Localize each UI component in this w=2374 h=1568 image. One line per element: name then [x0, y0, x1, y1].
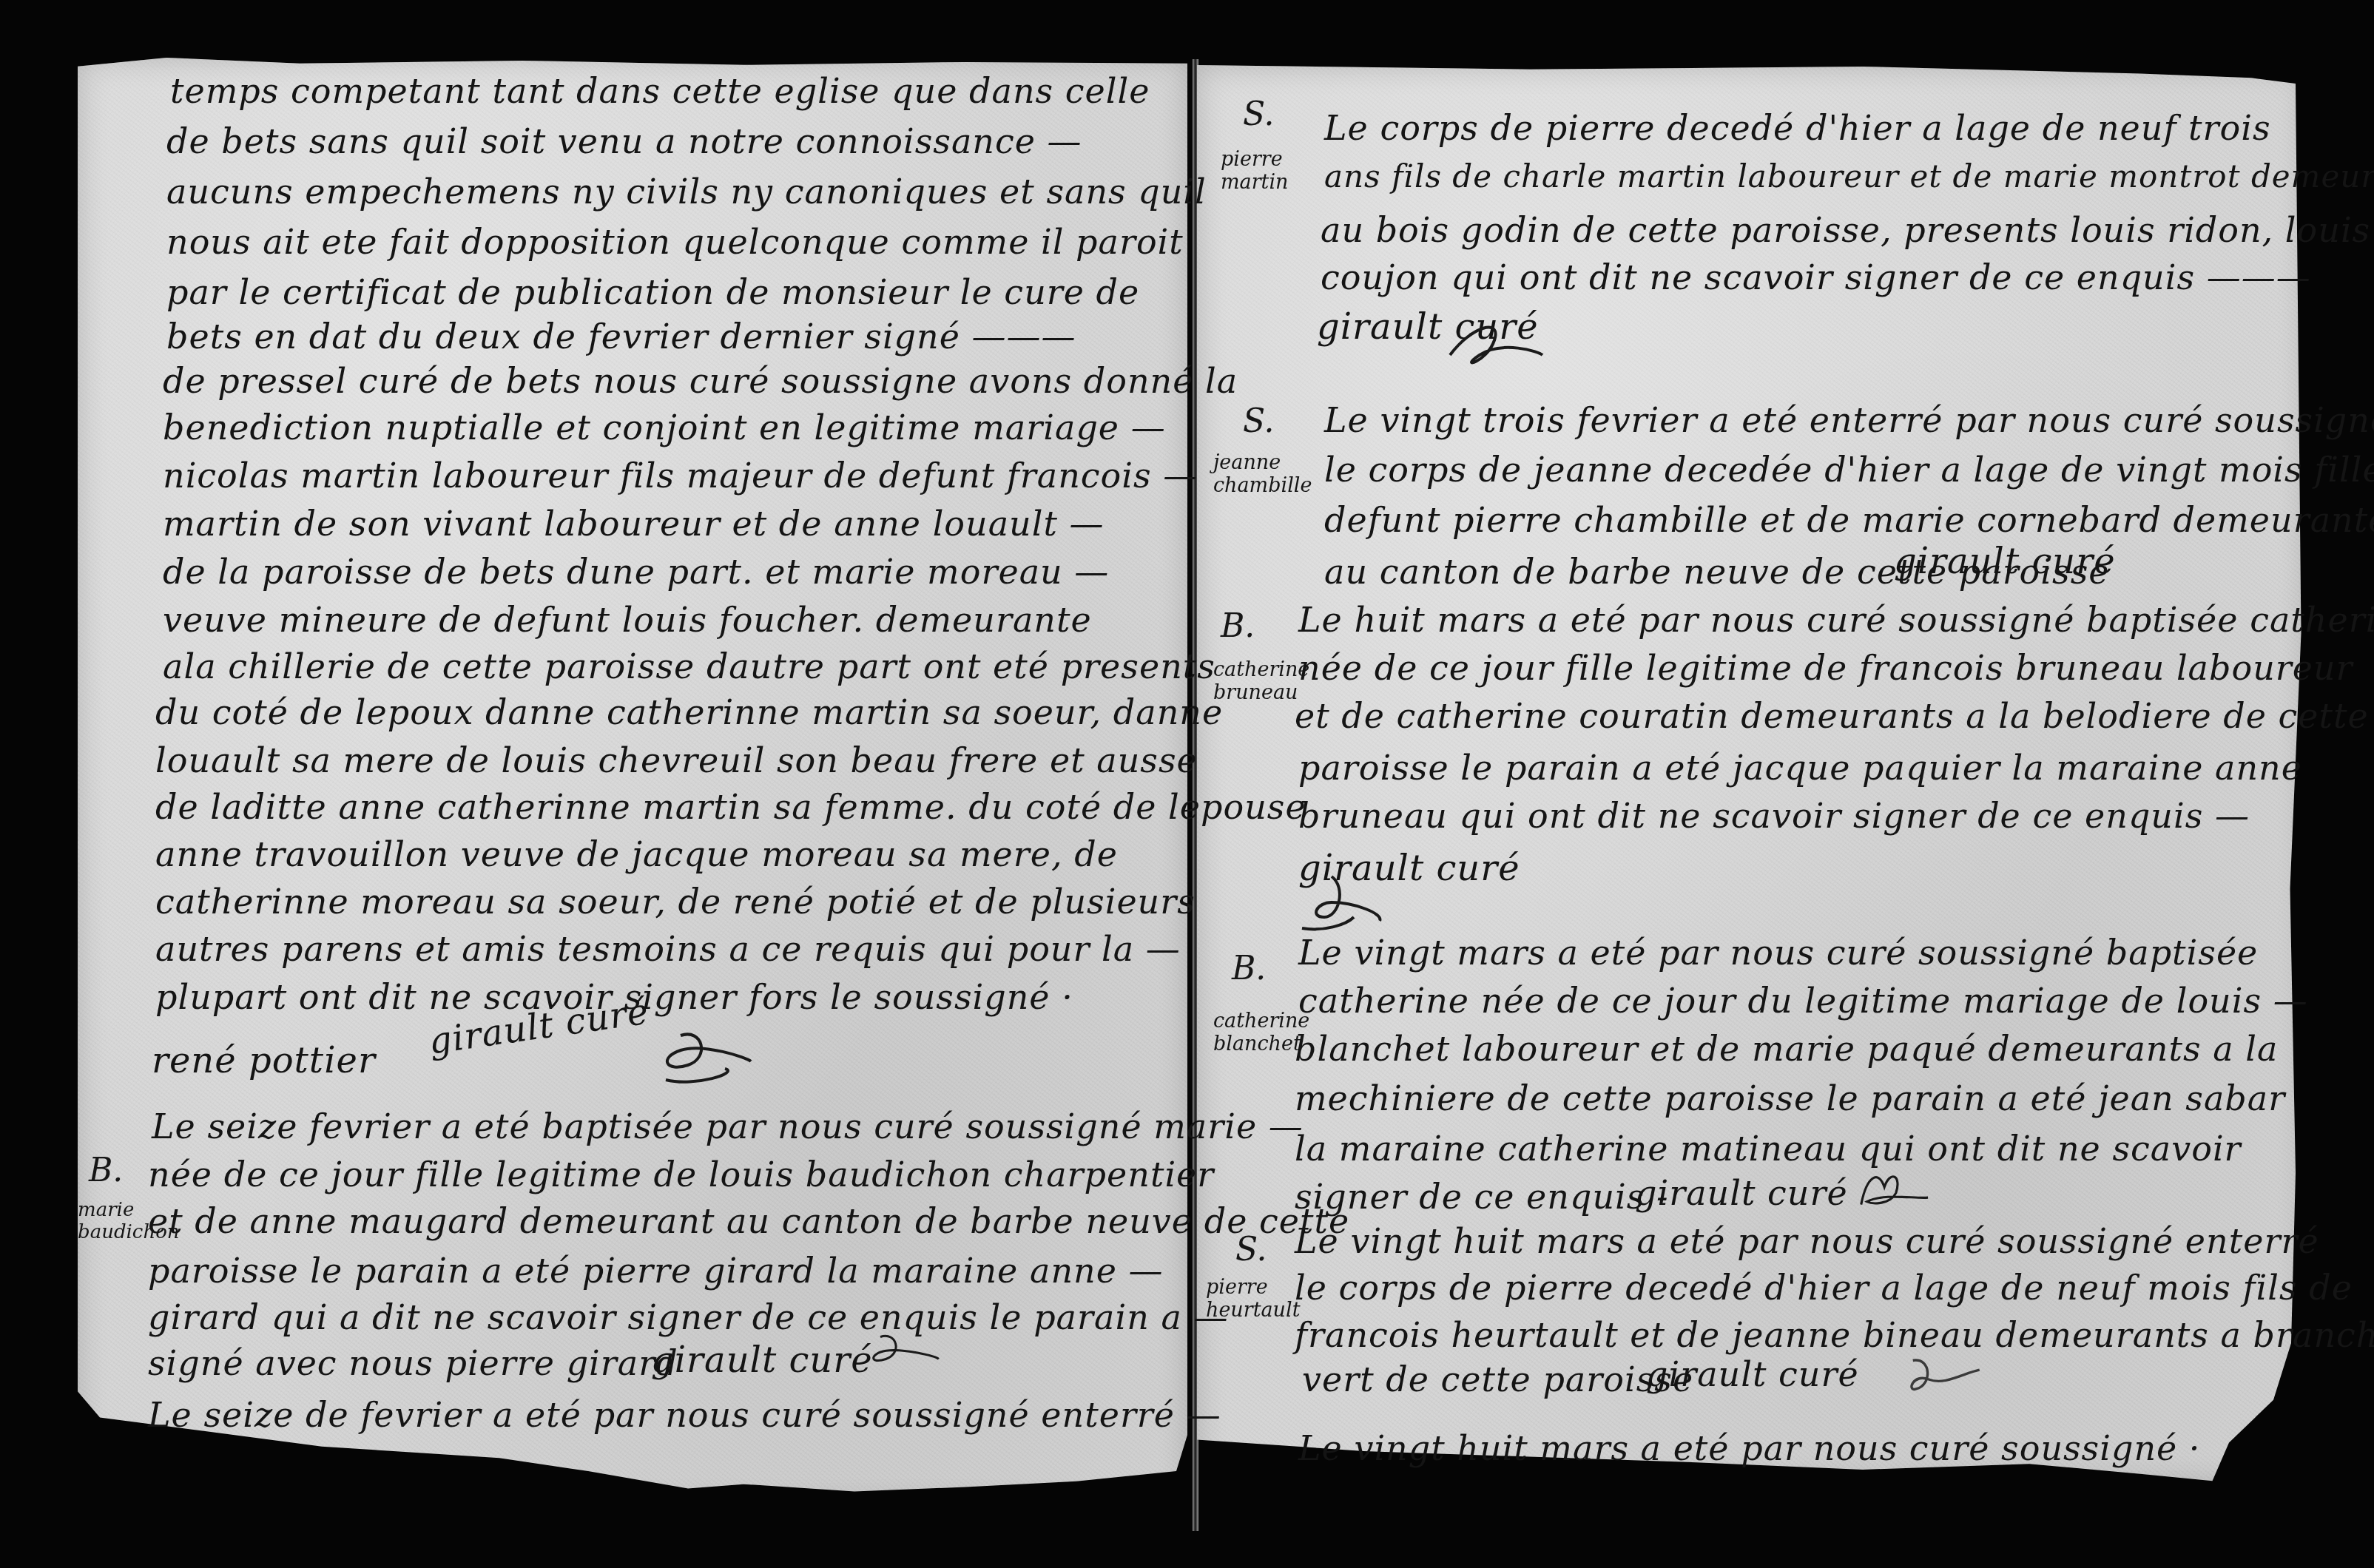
text-line: catherine née de ce jour du legitime mar…: [1298, 984, 2308, 1018]
signature-flourish: [1443, 311, 1546, 370]
baptism-mark: B.: [89, 1152, 123, 1190]
entry-margin-note: S.: [1243, 403, 1275, 445]
text-line: louault sa mere de louis chevreuil son b…: [155, 743, 1198, 777]
text-line: la maraine catherine matineau qui ont di…: [1295, 1132, 2242, 1166]
signature-flourish: [858, 1331, 947, 1376]
burial-mark: S.: [1235, 1231, 1267, 1269]
text-line: et de anne maugard demeurant au canton d…: [148, 1204, 1349, 1238]
text-line: signer de ce enquis -: [1295, 1180, 1669, 1214]
text-line: ans fils de charle martin laboureur et d…: [1324, 161, 2374, 192]
text-line: aucuns empechemens ny civils ny canoniqu…: [166, 175, 1207, 209]
entry-margin-name: pierre heurtault: [1206, 1276, 1301, 1322]
burial-mark: S.: [1243, 403, 1275, 441]
text-line: née de ce jour fille legitime de francoi…: [1298, 651, 2353, 685]
text-line: de la paroisse de bets dune part. et mar…: [163, 555, 1109, 589]
text-line: bruneau qui ont dit ne scavoir signer de…: [1298, 799, 2250, 833]
baptism-mark: B.: [1232, 950, 1266, 988]
text-line: le corps de jeanne decedée d'hier a lage…: [1324, 453, 2374, 487]
margin-surname: martin: [1221, 171, 1288, 194]
text-line: de bets sans quil soit venu a notre conn…: [166, 124, 1082, 158]
entry-margin-note: S.: [1243, 96, 1275, 138]
text-line: coujon qui ont dit ne scavoir signer de …: [1321, 260, 2311, 294]
text-line: de pressel curé de bets nous curé soussi…: [163, 364, 1238, 398]
text-line: née de ce jour fille legitime de louis b…: [148, 1158, 1214, 1192]
text-line: paroisse le parain a eté pierre girard l…: [148, 1254, 1163, 1288]
text-line: signé avec nous pierre girard: [148, 1346, 678, 1380]
text-line: Le vingt huit mars a eté par nous curé s…: [1298, 1431, 2200, 1465]
text-line: anne travouillon veuve de jacque moreau …: [155, 837, 1118, 871]
text-line: defunt pierre chambille et de marie corn…: [1324, 503, 2374, 537]
signature-flourish: [1849, 1161, 1931, 1213]
text-line: autres parens et amis tesmoins a ce requ…: [155, 932, 1181, 966]
priest-signature: girault curé: [1894, 544, 2116, 579]
text-line: bets en dat du deux de fevrier dernier s…: [166, 320, 1076, 354]
text-line: veuve mineure de defunt louis foucher. d…: [163, 603, 1092, 637]
entry-margin-note: B.: [1232, 950, 1266, 993]
text-line: par le certificat de publication de mons…: [166, 275, 1139, 309]
margin-given-name: catherine: [1213, 658, 1309, 681]
witness-signature: rené pottier: [152, 1043, 376, 1078]
margin-given-name: pierre: [1221, 148, 1288, 171]
signature-flourish: [1894, 1354, 1983, 1405]
baptism-mark: B.: [1221, 608, 1255, 646]
text-line: mechiniere de cette paroisse le parain a…: [1295, 1081, 2285, 1115]
text-line: temps competant tant dans cette eglise q…: [170, 74, 1150, 108]
text-line: benediction nuptialle et conjoint en leg…: [163, 410, 1166, 445]
text-line: blanchet laboureur et de marie paqué dem…: [1295, 1032, 2278, 1066]
text-line: au bois godin de cette paroisse, present…: [1321, 213, 2374, 247]
margin-given-name: jeanne: [1213, 451, 1312, 474]
signature-flourish: [651, 1028, 755, 1087]
text-line: Le vingt mars a eté par nous curé soussi…: [1298, 936, 2258, 970]
text-line: Le vingt huit mars a eté par nous curé s…: [1295, 1224, 2319, 1258]
text-line: le corps de pierre decedé d'hier a lage …: [1295, 1271, 2353, 1305]
margin-given-name: pierre: [1206, 1276, 1301, 1299]
entry-margin-note: B.: [89, 1152, 123, 1194]
text-line: girard qui a dit ne scavoir signer de ce…: [148, 1300, 1228, 1334]
priest-signature: girault curé: [651, 1342, 873, 1378]
text-line: francois heurtault et de jeanne bineau d…: [1295, 1318, 2374, 1352]
entry-margin-note: S.: [1235, 1231, 1267, 1274]
text-line: paroisse le parain a eté jacque paquier …: [1298, 751, 2302, 785]
text-line: Le seize fevrier a eté baptisée par nous…: [152, 1109, 1304, 1143]
text-line: ala chillerie de cette paroisse dautre p…: [163, 649, 1215, 683]
margin-surname: chambille: [1213, 474, 1312, 497]
signature-flourish: [1287, 873, 1391, 932]
entry-margin-name: jeanne chambille: [1213, 451, 1312, 497]
text-line: et de catherine couratin demeurants a la…: [1295, 699, 2369, 733]
text-line: catherinne moreau sa soeur, de rené poti…: [155, 885, 1196, 919]
margin-surname: heurtault: [1206, 1299, 1301, 1322]
burial-mark: S.: [1243, 96, 1275, 134]
text-line: Le corps de pierre decedé d'hier a lage …: [1324, 111, 2271, 145]
entry-margin-name: pierre martin: [1221, 148, 1288, 194]
text-line: martin de son vivant laboureur et de ann…: [163, 507, 1105, 541]
text-line: nicolas martin laboureur fils majeur de …: [163, 459, 1198, 493]
text-line: nous ait ete fait dopposition quelconque…: [166, 225, 1184, 259]
priest-signature: girault curé: [1646, 1357, 1859, 1391]
text-line: Le huit mars a eté par nous curé soussig…: [1298, 603, 2374, 637]
text-line: Le seize de fevrier a eté par nous curé …: [148, 1398, 1221, 1432]
priest-signature: girault curé: [1635, 1176, 1848, 1210]
text-line: vert de cette paroisse: [1302, 1362, 1693, 1396]
text-line: Le vingt trois fevrier a eté enterré par…: [1324, 403, 2374, 437]
text-line: de laditte anne catherinne martin sa fem…: [155, 790, 1306, 824]
entry-margin-note: B.: [1221, 608, 1255, 650]
text-line: du coté de lepoux danne catherinne marti…: [155, 695, 1223, 729]
